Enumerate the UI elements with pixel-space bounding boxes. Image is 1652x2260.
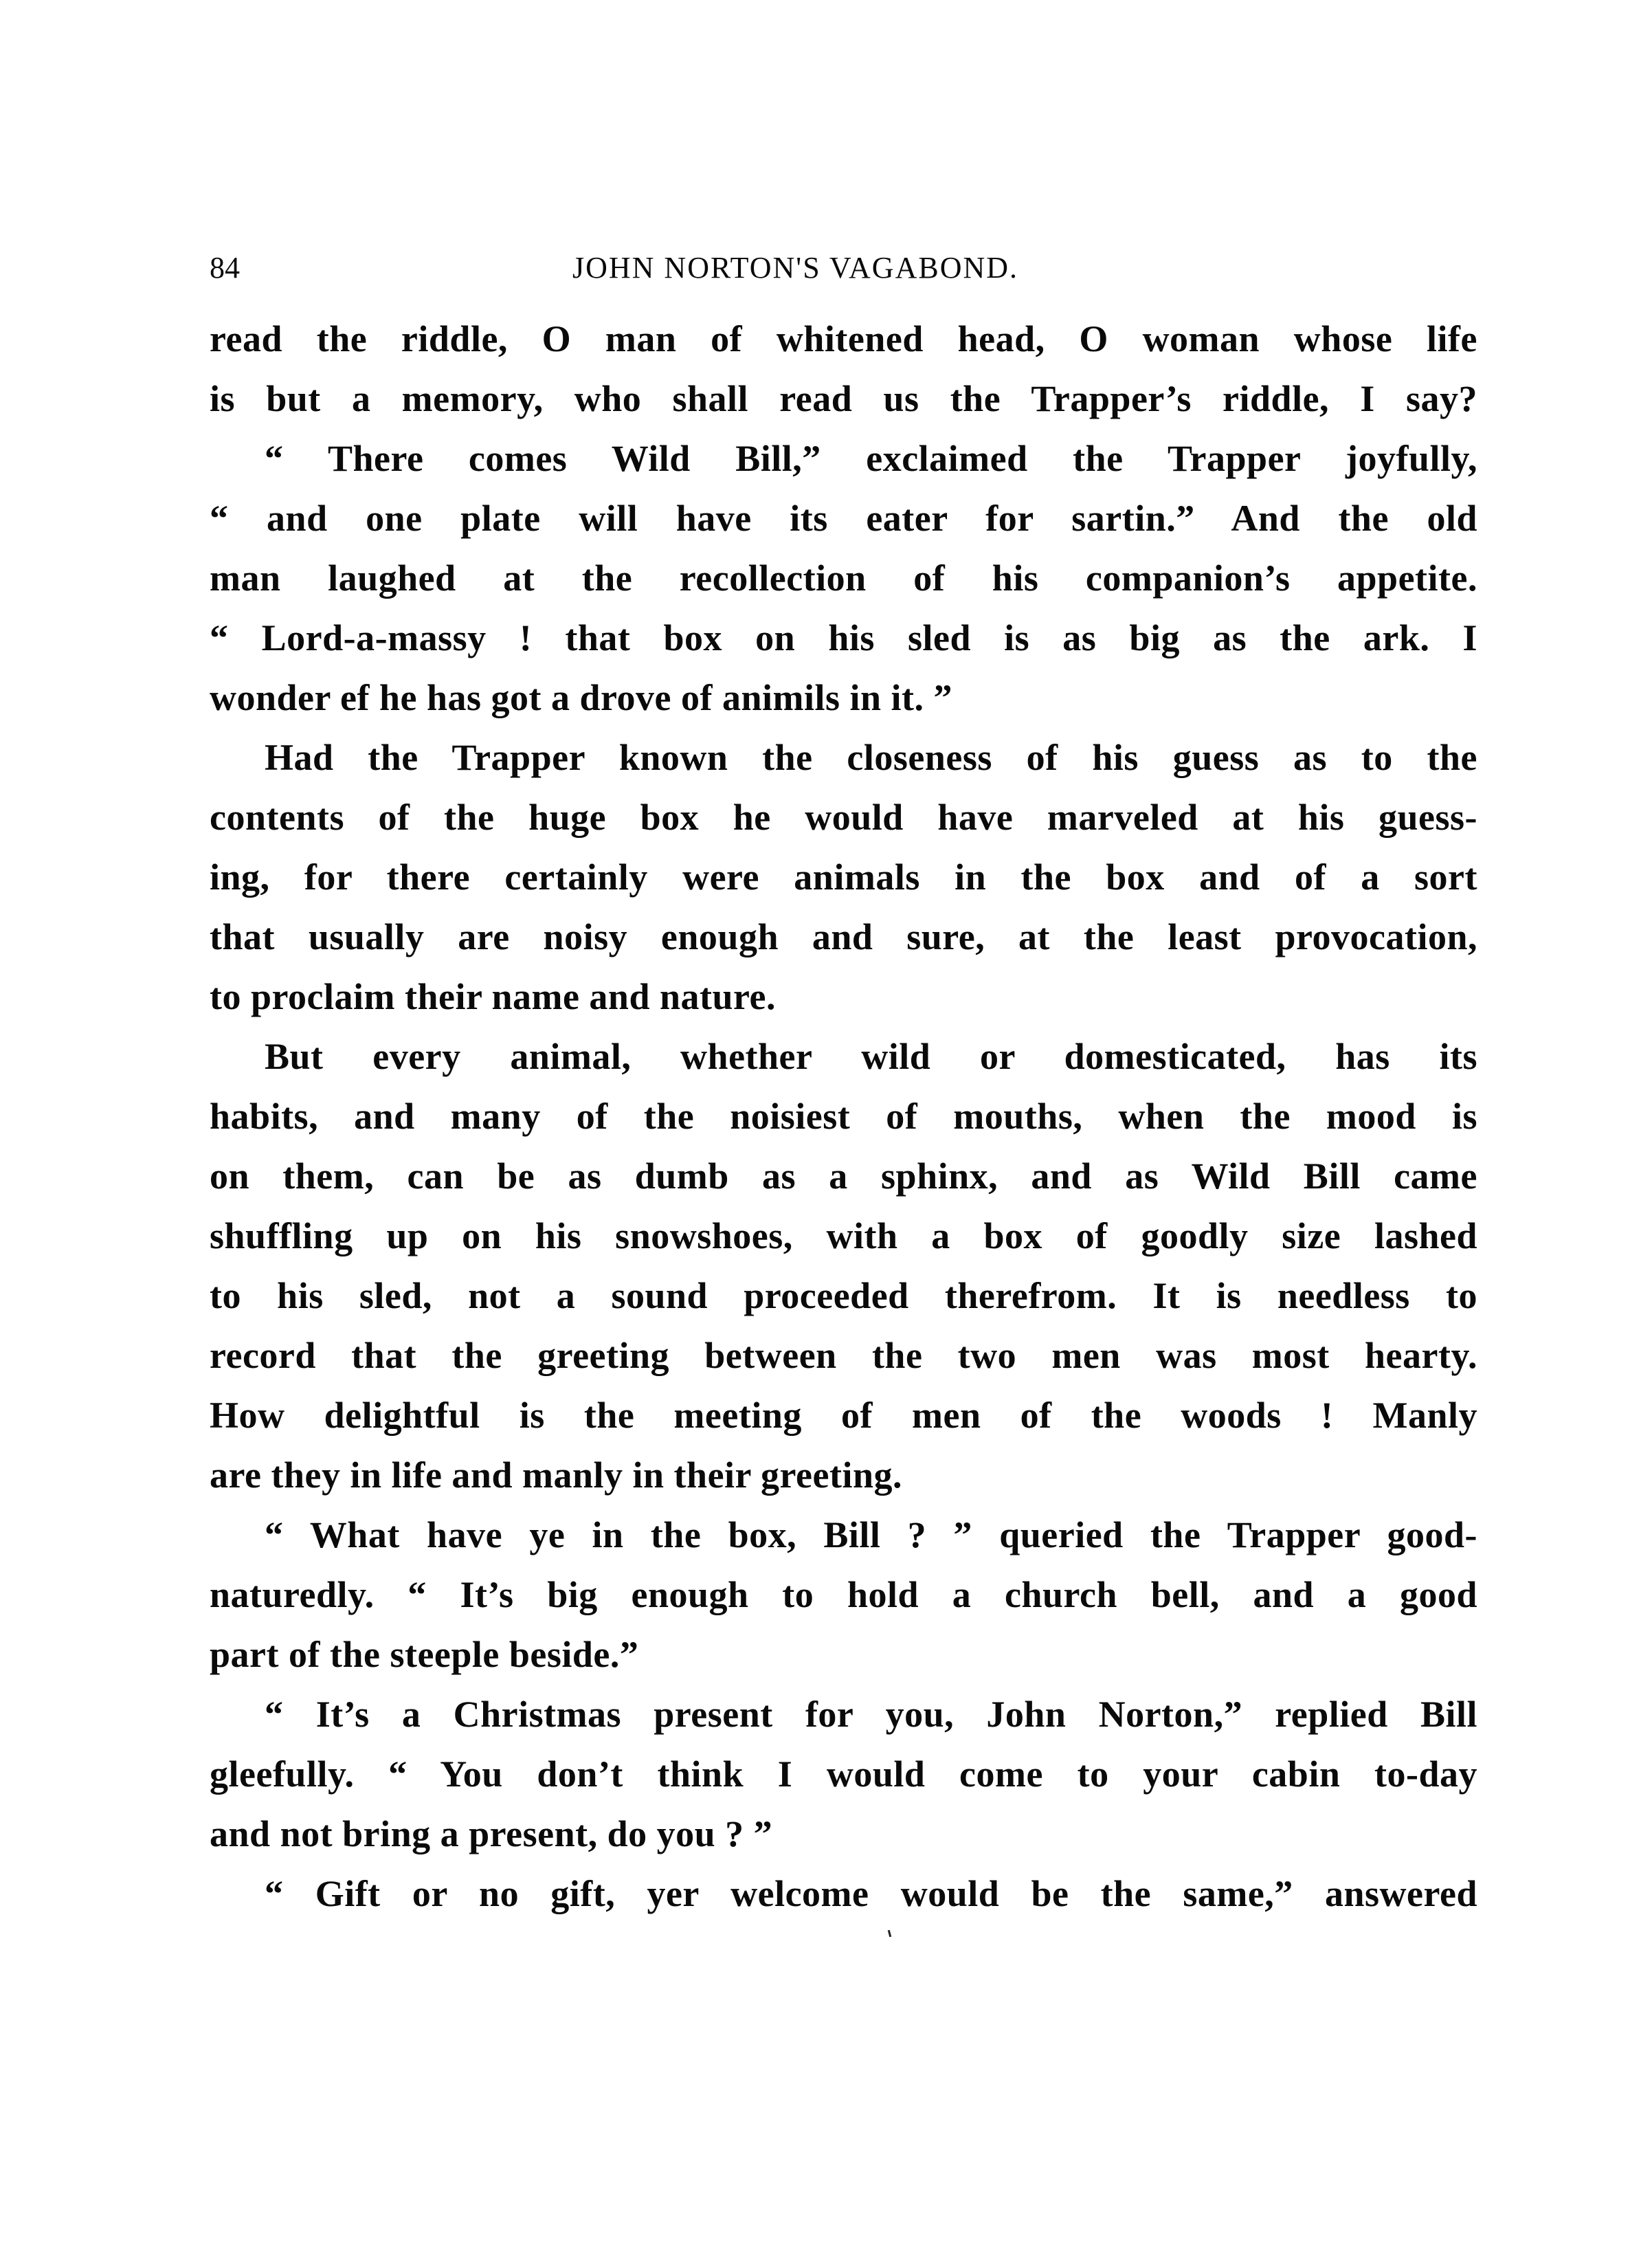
text-line: is but a memory, who shall read us the T… xyxy=(210,369,1477,429)
text-line: that usually are noisy enough and sure, … xyxy=(210,907,1477,967)
text-line: wonder ef he has got a drove of animils … xyxy=(210,668,1477,728)
text-line: are they in life and manly in their gree… xyxy=(210,1445,1477,1505)
text-line: But every animal, whether wild or domest… xyxy=(210,1027,1477,1087)
text-line: “ There comes Wild Bill,” exclaimed the … xyxy=(210,429,1477,489)
text-line: and not bring a present, do you ? ” xyxy=(210,1804,1477,1864)
text-line: ing, for there certainly were animals in… xyxy=(210,847,1477,907)
text-line: “ What have ye in the box, Bill ? ” quer… xyxy=(210,1505,1477,1565)
text-line: “ It’s a Christmas present for you, John… xyxy=(210,1685,1477,1744)
text-line: shuffling up on his snowshoes, with a bo… xyxy=(210,1206,1477,1266)
text-line: “ Gift or no gift, yer welcome would be … xyxy=(210,1864,1477,1924)
text-line: on them, can be as dumb as a sphinx, and… xyxy=(210,1146,1477,1206)
running-head: 84 JOHN NORTON'S VAGABOND. xyxy=(210,244,1477,292)
text-line: habits, and many of the noisiest of mout… xyxy=(210,1087,1477,1146)
text-line: read the riddle, O man of whitened head,… xyxy=(210,309,1477,369)
text-line: “ and one plate will have its eater for … xyxy=(210,489,1477,549)
text-line: Had the Trapper known the closeness of h… xyxy=(210,728,1477,788)
print-speck xyxy=(888,1930,891,1937)
text-line: part of the steeple beside.” xyxy=(210,1625,1477,1685)
text-line: How delightful is the meeting of men of … xyxy=(210,1386,1477,1445)
body-text: read the riddle, O man of whitened head,… xyxy=(210,309,1477,1924)
text-line: gleefully. “ You don’t think I would com… xyxy=(210,1744,1477,1804)
text-line: man laughed at the recollection of his c… xyxy=(210,549,1477,608)
text-line: to proclaim their name and nature. xyxy=(210,967,1477,1027)
text-line: “ Lord-a-massy ! that box on his sled is… xyxy=(210,608,1477,668)
text-line: naturedly. “ It’s big enough to hold a c… xyxy=(210,1565,1477,1625)
text-line: contents of the huge box he would have m… xyxy=(210,788,1477,847)
text-line: record that the greeting between the two… xyxy=(210,1326,1477,1386)
book-page: 84 JOHN NORTON'S VAGABOND. read the ridd… xyxy=(0,0,1652,2260)
text-line: to his sled, not a sound proceeded there… xyxy=(210,1266,1477,1326)
running-title: JOHN NORTON'S VAGABOND. xyxy=(210,244,1477,292)
